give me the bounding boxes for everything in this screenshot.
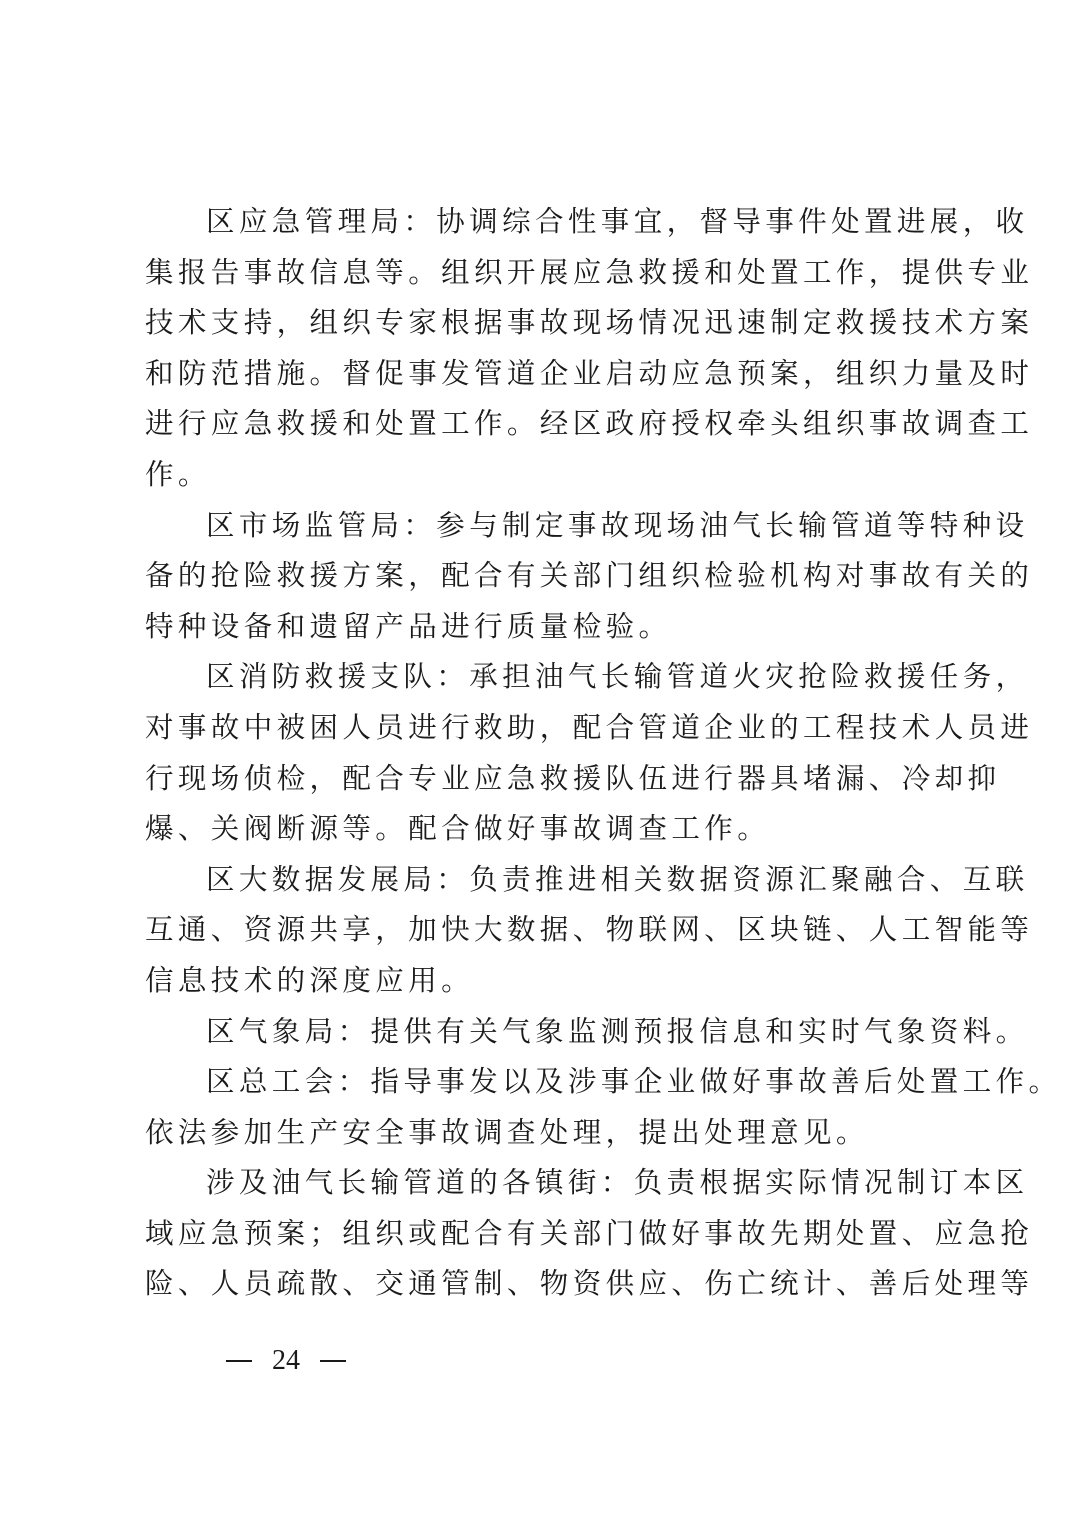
text-line: 集报告事故信息等。组织开展应急救援和处置工作，提供专业 <box>145 248 935 299</box>
text-line: 作。 <box>145 450 935 501</box>
text-line: 进行应急救援和处置工作。经区政府授权牵头组织事故调查工 <box>145 399 935 450</box>
paragraph-meteorological-bureau: 区气象局：提供有关气象监测预报信息和实时气象资料。 <box>145 1007 935 1058</box>
text-line: 涉及油气长输管道的各镇街：负责根据实际情况制订本区 <box>145 1158 935 1209</box>
text-line: 技术支持，组织专家根据事故现场情况迅速制定救援技术方案 <box>145 298 935 349</box>
paragraph-fire-rescue: 区消防救援支队：承担油气长输管道火灾抢险救援任务， 对事故中被困人员进行救助，配… <box>145 652 935 854</box>
text-line: 区大数据发展局：负责推进相关数据资源汇聚融合、互联 <box>145 855 935 906</box>
text-line: 备的抢险救援方案，配合有关部门组织检验机构对事故有关的 <box>145 551 935 602</box>
document-page: 区应急管理局：协调综合性事宜，督导事件处置进展，收 集报告事故信息等。组织开展应… <box>0 0 1076 1520</box>
text-line: 区总工会：指导事发以及涉事企业做好事故善后处置工作。 <box>145 1057 935 1108</box>
text-line: 域应急预案；组织或配合有关部门做好事故先期处置、应急抢 <box>145 1209 935 1260</box>
paragraph-big-data-bureau: 区大数据发展局：负责推进相关数据资源汇聚融合、互联 互通、资源共享，加快大数据、… <box>145 855 935 1007</box>
page-footer: 24 <box>226 1345 346 1377</box>
text-line: 险、人员疏散、交通管制、物资供应、伤亡统计、善后处理等 <box>145 1259 935 1310</box>
document-body: 区应急管理局：协调综合性事宜，督导事件处置进展，收 集报告事故信息等。组织开展应… <box>145 197 935 1310</box>
paragraph-towns-streets: 涉及油气长输管道的各镇街：负责根据实际情况制订本区 域应急预案；组织或配合有关部… <box>145 1158 935 1310</box>
text-line: 信息技术的深度应用。 <box>145 956 935 1007</box>
dash-left <box>226 1360 252 1362</box>
paragraph-trade-union: 区总工会：指导事发以及涉事企业做好事故善后处置工作。 依法参加生产安全事故调查处… <box>145 1057 935 1158</box>
text-line: 互通、资源共享，加快大数据、物联网、区块链、人工智能等 <box>145 905 935 956</box>
paragraph-market-supervision: 区市场监管局：参与制定事故现场油气长输管道等特种设 备的抢险救援方案，配合有关部… <box>145 501 935 653</box>
text-line: 爆、关阀断源等。配合做好事故调查工作。 <box>145 804 935 855</box>
page-number: 24 <box>272 1345 300 1377</box>
text-line: 区消防救援支队：承担油气长输管道火灾抢险救援任务， <box>145 652 935 703</box>
text-line: 依法参加生产安全事故调查处理，提出处理意见。 <box>145 1108 935 1159</box>
text-line: 行现场侦检，配合专业应急救援队伍进行器具堵漏、冷却抑 <box>145 754 935 805</box>
text-line: 对事故中被困人员进行救助，配合管道企业的工程技术人员进 <box>145 703 935 754</box>
text-line: 特种设备和遗留产品进行质量检验。 <box>145 602 935 653</box>
dash-right <box>320 1360 346 1362</box>
text-line: 和防范措施。督促事发管道企业启动应急预案，组织力量及时 <box>145 349 935 400</box>
text-line: 区气象局：提供有关气象监测预报信息和实时气象资料。 <box>145 1007 935 1058</box>
text-line: 区市场监管局：参与制定事故现场油气长输管道等特种设 <box>145 501 935 552</box>
paragraph-emergency-bureau: 区应急管理局：协调综合性事宜，督导事件处置进展，收 集报告事故信息等。组织开展应… <box>145 197 935 501</box>
text-line: 区应急管理局：协调综合性事宜，督导事件处置进展，收 <box>145 197 935 248</box>
